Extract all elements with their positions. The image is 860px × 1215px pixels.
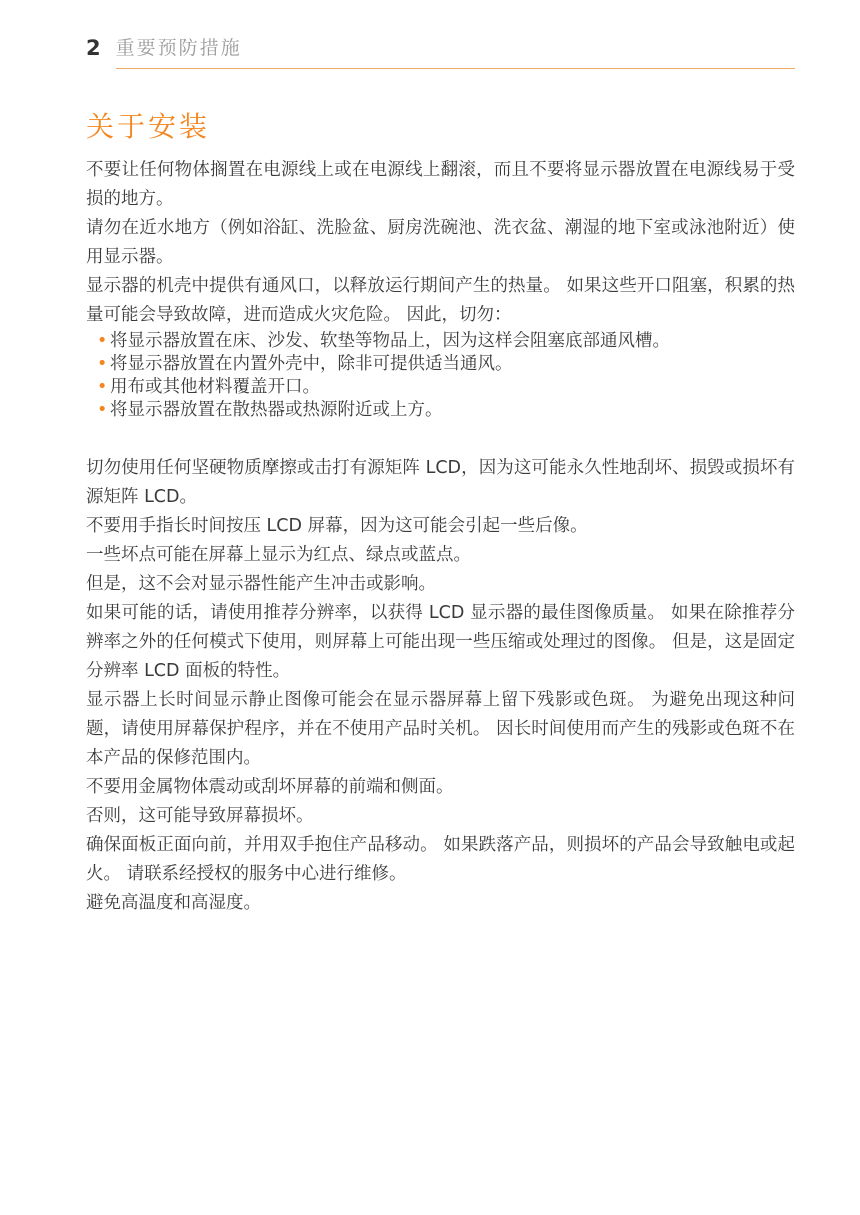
list-item-text: 将显示器放置在床、沙发、软垫等物品上，因为这样会阻塞底部通风槽。 (110, 331, 670, 351)
paragraph: 显示器上长时间显示静止图像可能会在显示器屏幕上留下残影或色斑。 为避免出现这种问… (86, 686, 795, 773)
bullet-icon: • (97, 376, 107, 399)
chapter-title: 重要预防措施 (116, 36, 795, 60)
paragraph: 不要用手指长时间按压 LCD 屏幕，因为这可能会引起一些后像。 (86, 512, 795, 541)
list-item-text: 用布或其他材料覆盖开口。 (110, 377, 320, 397)
paragraph: 显示器的机壳中提供有通风口，以释放运行期间产生的热量。 如果这些开口阻塞，积累的… (86, 272, 795, 330)
paragraphs-before-list: 不要让任何物体搁置在电源线上或在电源线上翻滚，而且不要将显示器放置在电源线易于受… (86, 156, 795, 330)
paragraph: 不要用金属物体震动或刮坏屏幕的前端和侧面。 (86, 773, 795, 802)
paragraph: 但是，这不会对显示器性能产生冲击或影响。 (86, 570, 795, 599)
list-item: • 用布或其他材料覆盖开口。 (97, 376, 795, 399)
paragraphs-after-list: 切勿使用任何坚硬物质摩擦或击打有源矩阵 LCD，因为这可能永久性地刮坏、损毁或损… (86, 454, 795, 918)
list-item-text: 将显示器放置在内置外壳中，除非可提供适当通风。 (110, 354, 513, 374)
precaution-bullet-list: • 将显示器放置在床、沙发、软垫等物品上，因为这样会阻塞底部通风槽。 • 将显示… (86, 330, 795, 422)
section-title: 关于安装 (86, 111, 795, 143)
manual-page: 2 重要预防措施 关于安装 不要让任何物体搁置在电源线上或在电源线上翻滚，而且不… (0, 0, 860, 1215)
paragraph: 确保面板正面向前，并用双手抱住产品移动。 如果跌落产品，则损坏的产品会导致触电或… (86, 831, 795, 889)
paragraph: 请勿在近水地方（例如浴缸、洗脸盆、厨房洗碗池、洗衣盆、潮湿的地下室或泳池附近）使… (86, 214, 795, 272)
paragraph: 如果可能的话，请使用推荐分辨率，以获得 LCD 显示器的最佳图像质量。 如果在除… (86, 599, 795, 686)
paragraph: 避免高温度和高湿度。 (86, 889, 795, 918)
paragraph: 切勿使用任何坚硬物质摩擦或击打有源矩阵 LCD，因为这可能永久性地刮坏、损毁或损… (86, 454, 795, 512)
body-text: 不要让任何物体搁置在电源线上或在电源线上翻滚，而且不要将显示器放置在电源线易于受… (86, 156, 795, 918)
header-rule: 重要预防措施 (116, 36, 795, 69)
list-item: • 将显示器放置在内置外壳中，除非可提供适当通风。 (97, 353, 795, 376)
list-item: • 将显示器放置在散热器或热源附近或上方。 (97, 399, 795, 422)
page-number: 2 (86, 36, 101, 60)
page-header: 2 重要预防措施 (86, 36, 795, 69)
paragraph: 一些坏点可能在屏幕上显示为红点、绿点或蓝点。 (86, 541, 795, 570)
paragraph: 否则，这可能导致屏幕损坏。 (86, 802, 795, 831)
list-item: • 将显示器放置在床、沙发、软垫等物品上，因为这样会阻塞底部通风槽。 (97, 330, 795, 353)
list-item-text: 将显示器放置在散热器或热源附近或上方。 (110, 400, 443, 420)
bullet-icon: • (97, 330, 107, 353)
bullet-icon: • (97, 399, 107, 422)
paragraph: 不要让任何物体搁置在电源线上或在电源线上翻滚，而且不要将显示器放置在电源线易于受… (86, 156, 795, 214)
bullet-icon: • (97, 353, 107, 376)
